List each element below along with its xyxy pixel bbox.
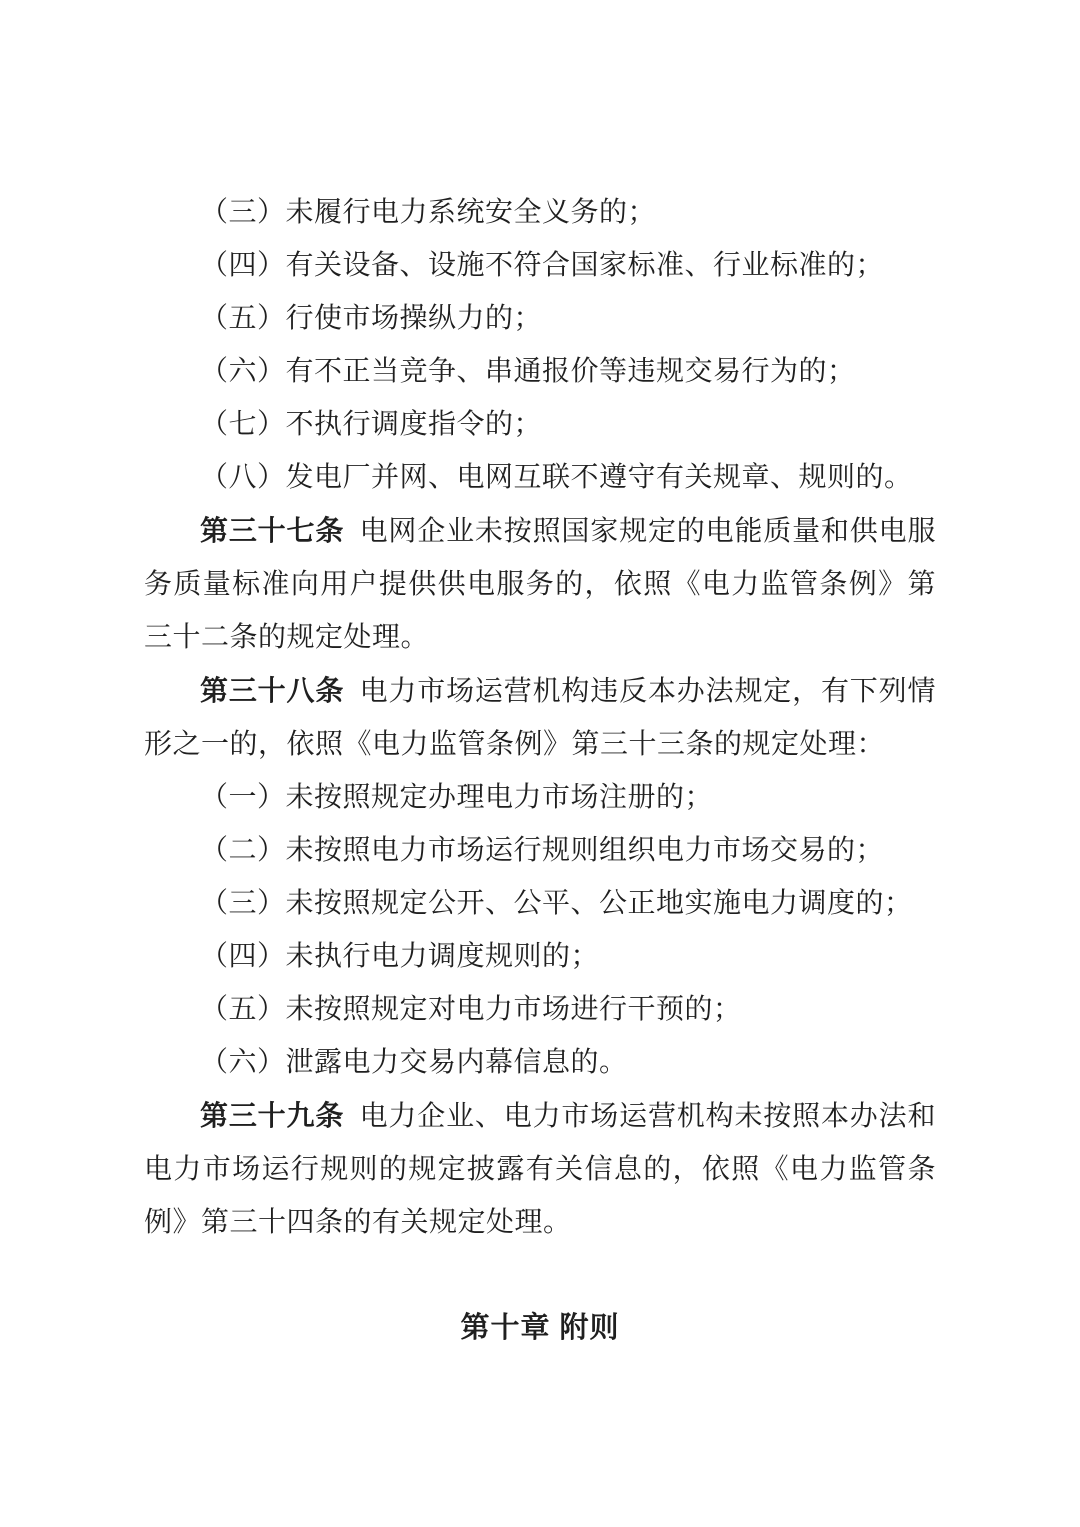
clause-item-8: （八）发电厂并网、电网互联不遵守有关规章、规则的。 bbox=[144, 451, 936, 504]
chapter-10-heading: 第十章 附则 bbox=[144, 1302, 936, 1355]
clause-item-4: （四）有关设备、设施不符合国家标准、行业标准的； bbox=[144, 239, 936, 292]
article-37-number: 第三十七条 bbox=[200, 515, 344, 546]
clause2-item-1: （一）未按照规定办理电力市场注册的； bbox=[144, 771, 936, 824]
clause2-item-2: （二）未按照电力市场运行规则组织电力市场交易的； bbox=[144, 824, 936, 877]
article-39-number: 第三十九条 bbox=[200, 1100, 344, 1131]
clause-item-7: （七）不执行调度指令的； bbox=[144, 398, 936, 451]
clause-item-3: （三）未履行电力系统安全义务的； bbox=[144, 186, 936, 239]
clause2-item-5: （五）未按照规定对电力市场进行干预的； bbox=[144, 983, 936, 1036]
article-38-number: 第三十八条 bbox=[200, 675, 344, 706]
article-39: 第三十九条电力企业、电力市场运营机构未按照本办法和电力市场运行规则的规定披露有关… bbox=[144, 1089, 936, 1249]
clause2-item-6: （六）泄露电力交易内幕信息的。 bbox=[144, 1036, 936, 1089]
clause2-item-4: （四）未执行电力调度规则的； bbox=[144, 930, 936, 983]
article-38: 第三十八条电力市场运营机构违反本办法规定，有下列情形之一的，依照《电力监管条例》… bbox=[144, 664, 936, 771]
article-37: 第三十七条电网企业未按照国家规定的电能质量和供电服务质量标准向用户提供供电服务的… bbox=[144, 504, 936, 664]
document-body: （三）未履行电力系统安全义务的； （四）有关设备、设施不符合国家标准、行业标准的… bbox=[144, 0, 936, 1355]
clause2-item-3: （三）未按照规定公开、公平、公正地实施电力调度的； bbox=[144, 877, 936, 930]
clause-item-5: （五）行使市场操纵力的； bbox=[144, 292, 936, 345]
clause-item-6: （六）有不正当竞争、串通报价等违规交易行为的； bbox=[144, 345, 936, 398]
